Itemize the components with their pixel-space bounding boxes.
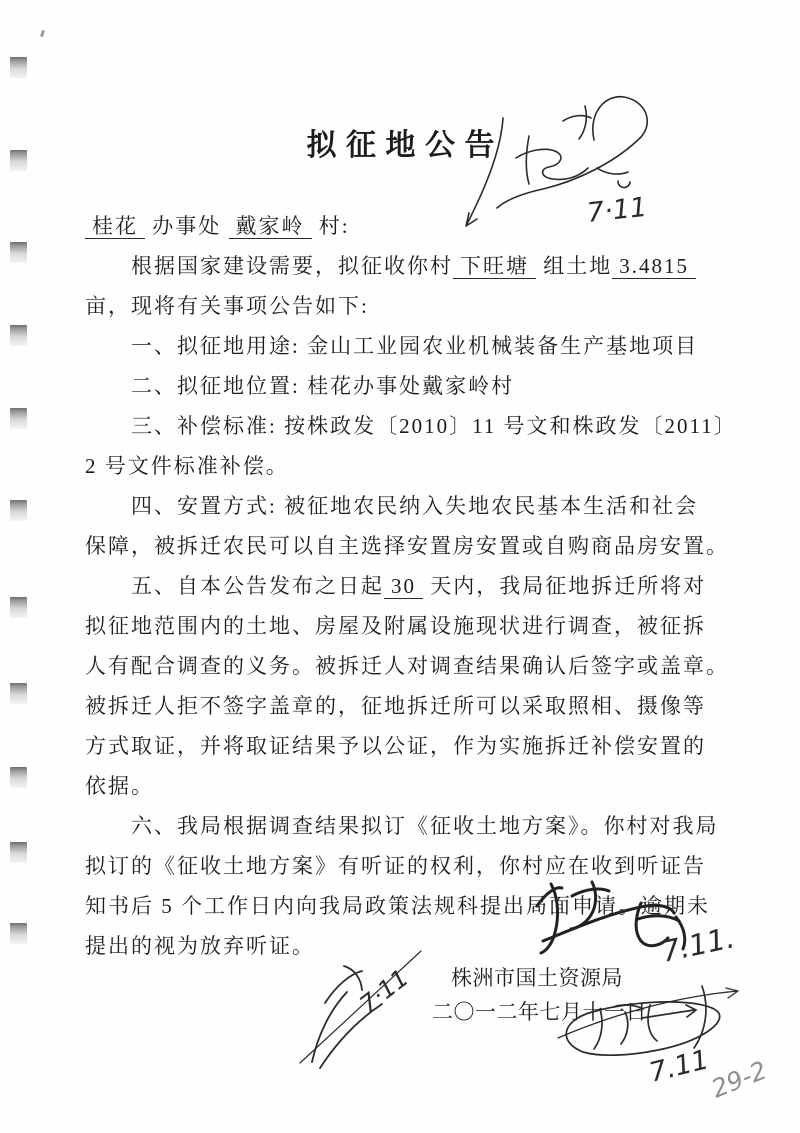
text-run: 方式取证，并将取证结果予以公证，作为实施拆迁补偿安置的 [85, 734, 706, 758]
notice-line: 提出的视为放弃听证。 [85, 926, 733, 966]
binding-mark [10, 500, 27, 521]
underlined-value: 3.4815 [612, 254, 696, 279]
binding-mark [10, 683, 27, 704]
notice-line: 根据国家建设需要，拟征收你村下旺塘 组土地3.4815 [85, 246, 733, 286]
text-run: 依据。 [85, 774, 154, 798]
notice-line: 六、我局根据调查结果拟订《征收土地方案》。你村对我局 [85, 806, 733, 846]
notice-line: 依据。 [85, 766, 733, 806]
text-run: 四、安置方式: 被征地农民纳入失地农民基本生活和社会 [131, 494, 698, 518]
notice-line: 知书后 5 个工作日内向我局政策法规科提出局面申请。逾期未 [85, 886, 733, 926]
binding-mark [10, 597, 27, 618]
text-run: 三、补偿标准: 按株政发〔2010〕11 号文和株政发〔2011〕 [131, 414, 737, 438]
notice-line: 二、拟征地位置: 桂花办事处戴家岭村 [85, 366, 733, 406]
issue-date: 二〇一二年七月十一日 [432, 997, 647, 1027]
handwritten-date-bottom: 7.11 [646, 1044, 712, 1089]
page-title: 拟 征 地 公 告 [85, 120, 717, 164]
notice-line: 亩，现将有关事项公告如下: [85, 286, 733, 326]
issuing-authority: 株洲市国土资源局 [451, 963, 623, 993]
text-run: 亩，现将有关事项公告如下: [85, 294, 369, 318]
notice-line: 方式取证，并将取证结果予以公证，作为实施拆迁补偿安置的 [85, 726, 733, 766]
text-run: 2 号文件标准补偿。 [85, 454, 289, 478]
signature-bottom-left [300, 951, 421, 1068]
handwritten-date-left: 7·11 [354, 964, 413, 1019]
text-run: 五、自本公告发布之日起 [131, 574, 384, 598]
text-run: 根据国家建设需要，拟征收你村 [131, 254, 453, 278]
scan-speck [40, 30, 45, 38]
pencil-page-note: 29-2 [707, 1055, 770, 1103]
text-run: 组土地 [536, 254, 612, 278]
notice-line: 三、补偿标准: 按株政发〔2010〕11 号文和株政发〔2011〕 [85, 406, 733, 446]
notice-body: 桂花 办事处 戴家岭 村:根据国家建设需要，拟征收你村下旺塘 组土地3.4815… [85, 206, 733, 966]
text-run: 人有配合调查的义务。被拆迁人对调查结果确认后签字或盖章。 [85, 654, 729, 678]
underlined-value: 戴家岭 [229, 214, 312, 239]
binding-mark [10, 923, 27, 944]
underlined-value: 桂花 [85, 214, 145, 239]
addressee-line: 桂花 办事处 戴家岭 村: [85, 206, 733, 246]
binding-mark [10, 57, 27, 78]
binding-mark [10, 325, 27, 346]
text-run: 拟征地范围内的土地、房屋及附属设施现状进行调查，被征拆 [85, 614, 706, 638]
notice-line: 保障，被拆迁农民可以自主选择安置房安置或自购商品房安置。 [85, 526, 733, 566]
notice-line: 拟订的《征收土地方案》有听证的权利，你村应在收到听证告 [85, 846, 733, 886]
text-run: 提出的视为放弃听证。 [85, 934, 315, 958]
notice-line: 四、安置方式: 被征地农民纳入失地农民基本生活和社会 [85, 486, 733, 526]
notice-line: 一、拟征地用途: 金山工业园农业机械装备生产基地项目 [85, 326, 733, 366]
binding-mark [10, 242, 27, 263]
notice-line: 拟征地范围内的土地、房屋及附属设施现状进行调查，被征拆 [85, 606, 733, 646]
underlined-value: 30 [384, 574, 423, 599]
text-run: 知书后 5 个工作日内向我局政策法规科提出局面申请。逾期未 [85, 894, 710, 918]
text-run: 办事处 [145, 214, 229, 238]
text-run: 被拆迁人拒不签字盖章的，征地拆迁所可以采取照相、摄像等 [85, 694, 706, 718]
text-run: 村: [312, 214, 350, 238]
notice-line: 2 号文件标准补偿。 [85, 446, 733, 486]
notice-line: 被拆迁人拒不签字盖章的，征地拆迁所可以采取照相、摄像等 [85, 686, 733, 726]
binding-mark [10, 767, 27, 788]
text-run: 天内，我局征地拆迁所将对 [423, 574, 706, 598]
binding-mark [10, 842, 27, 863]
notice-line: 五、自本公告发布之日起30 天内，我局征地拆迁所将对 [85, 566, 733, 606]
binding-mark [10, 408, 27, 429]
text-run: 一、拟征地用途: 金山工业园农业机械装备生产基地项目 [131, 334, 698, 358]
text-run: 六、我局根据调查结果拟订《征收土地方案》。你村对我局 [131, 814, 719, 838]
text-run: 保障，被拆迁农民可以自主选择安置房安置或自购商品房安置。 [85, 534, 729, 558]
notice-line: 人有配合调查的义务。被拆迁人对调查结果确认后签字或盖章。 [85, 646, 733, 686]
binding-mark [10, 150, 27, 171]
text-run: 拟订的《征收土地方案》有听证的权利，你村应在收到听证告 [85, 854, 706, 878]
scanned-notice-page: 拟 征 地 公 告 桂花 办事处 戴家岭 村:根据国家建设需要，拟征收你村下旺塘… [0, 0, 800, 1133]
underlined-value: 下旺塘 [453, 254, 536, 279]
text-run: 二、拟征地位置: 桂花办事处戴家岭村 [131, 374, 514, 398]
